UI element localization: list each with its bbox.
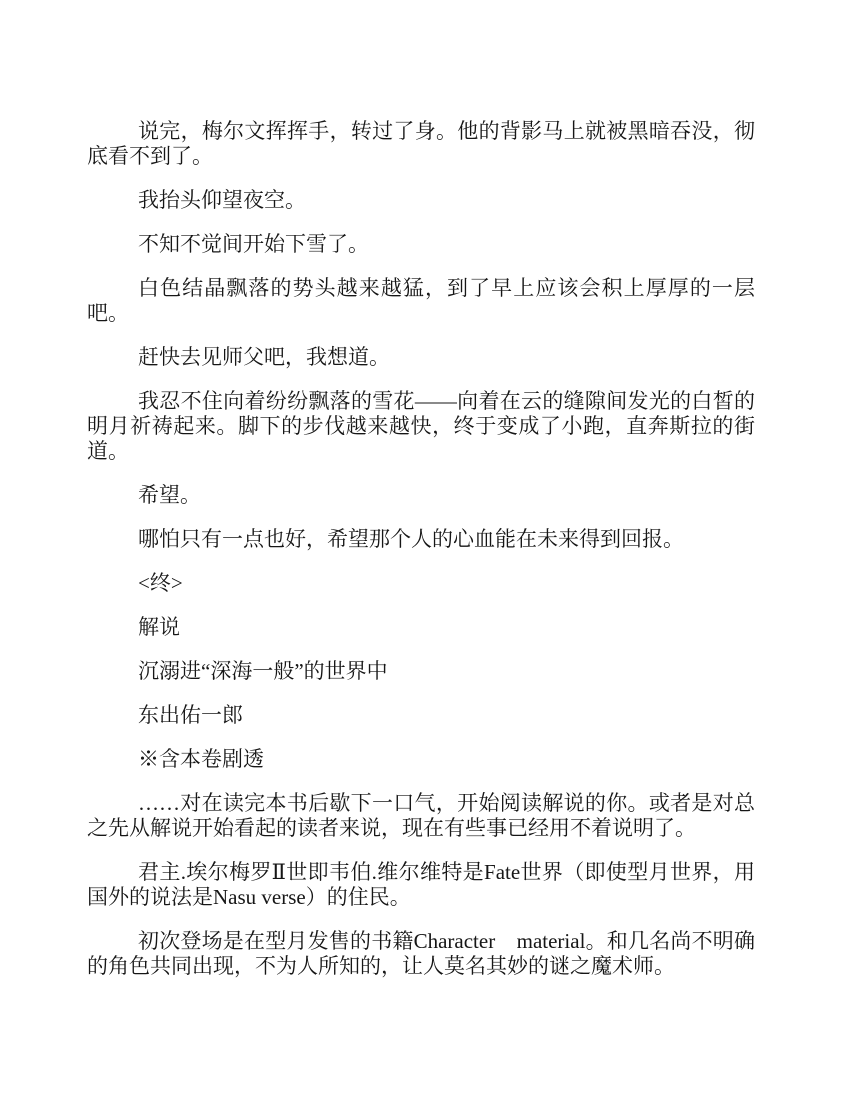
afterword-paragraph: ……对在读完本书后歇下一口气，开始阅读解说的你。或者是对总之先从解说开始看起的读…	[87, 791, 755, 841]
story-paragraph: 我抬头仰望夜空。	[87, 188, 755, 213]
story-paragraph: 希望。	[87, 483, 755, 508]
spoiler-warning: ※含本卷剧透	[87, 747, 755, 772]
afterword-author: 东出佑一郎	[87, 703, 755, 728]
story-paragraph: 赶快去见师父吧，我想道。	[87, 345, 755, 370]
end-marker: <终>	[87, 571, 755, 596]
afterword-heading: 解说	[87, 615, 755, 640]
afterword-paragraph: 君主.埃尔梅罗Ⅱ世即韦伯.维尔维特是Fate世界（即使型月世界，用国外的说法是N…	[87, 860, 755, 910]
story-paragraph: 我忍不住向着纷纷飘落的雪花——向着在云的缝隙间发光的白皙的明月祈祷起来。脚下的步…	[87, 389, 755, 464]
story-paragraph: 不知不觉间开始下雪了。	[87, 232, 755, 257]
story-paragraph: 哪怕只有一点也好，希望那个人的心血能在未来得到回报。	[87, 527, 755, 552]
afterword-title: 沉溺进“深海一般”的世界中	[87, 659, 755, 684]
story-paragraph: 说完，梅尔文挥挥手，转过了身。他的背影马上就被黑暗吞没，彻底看不到了。	[87, 119, 755, 169]
afterword-paragraph: 初次登场是在型月发售的书籍Character material。和几名尚不明确的…	[87, 929, 755, 979]
ebook-page: 说完，梅尔文挥挥手，转过了身。他的背影马上就被黑暗吞没，彻底看不到了。 我抬头仰…	[0, 0, 850, 1100]
story-paragraph: 白色结晶飘落的势头越来越猛，到了早上应该会积上厚厚的一层吧。	[87, 276, 755, 326]
